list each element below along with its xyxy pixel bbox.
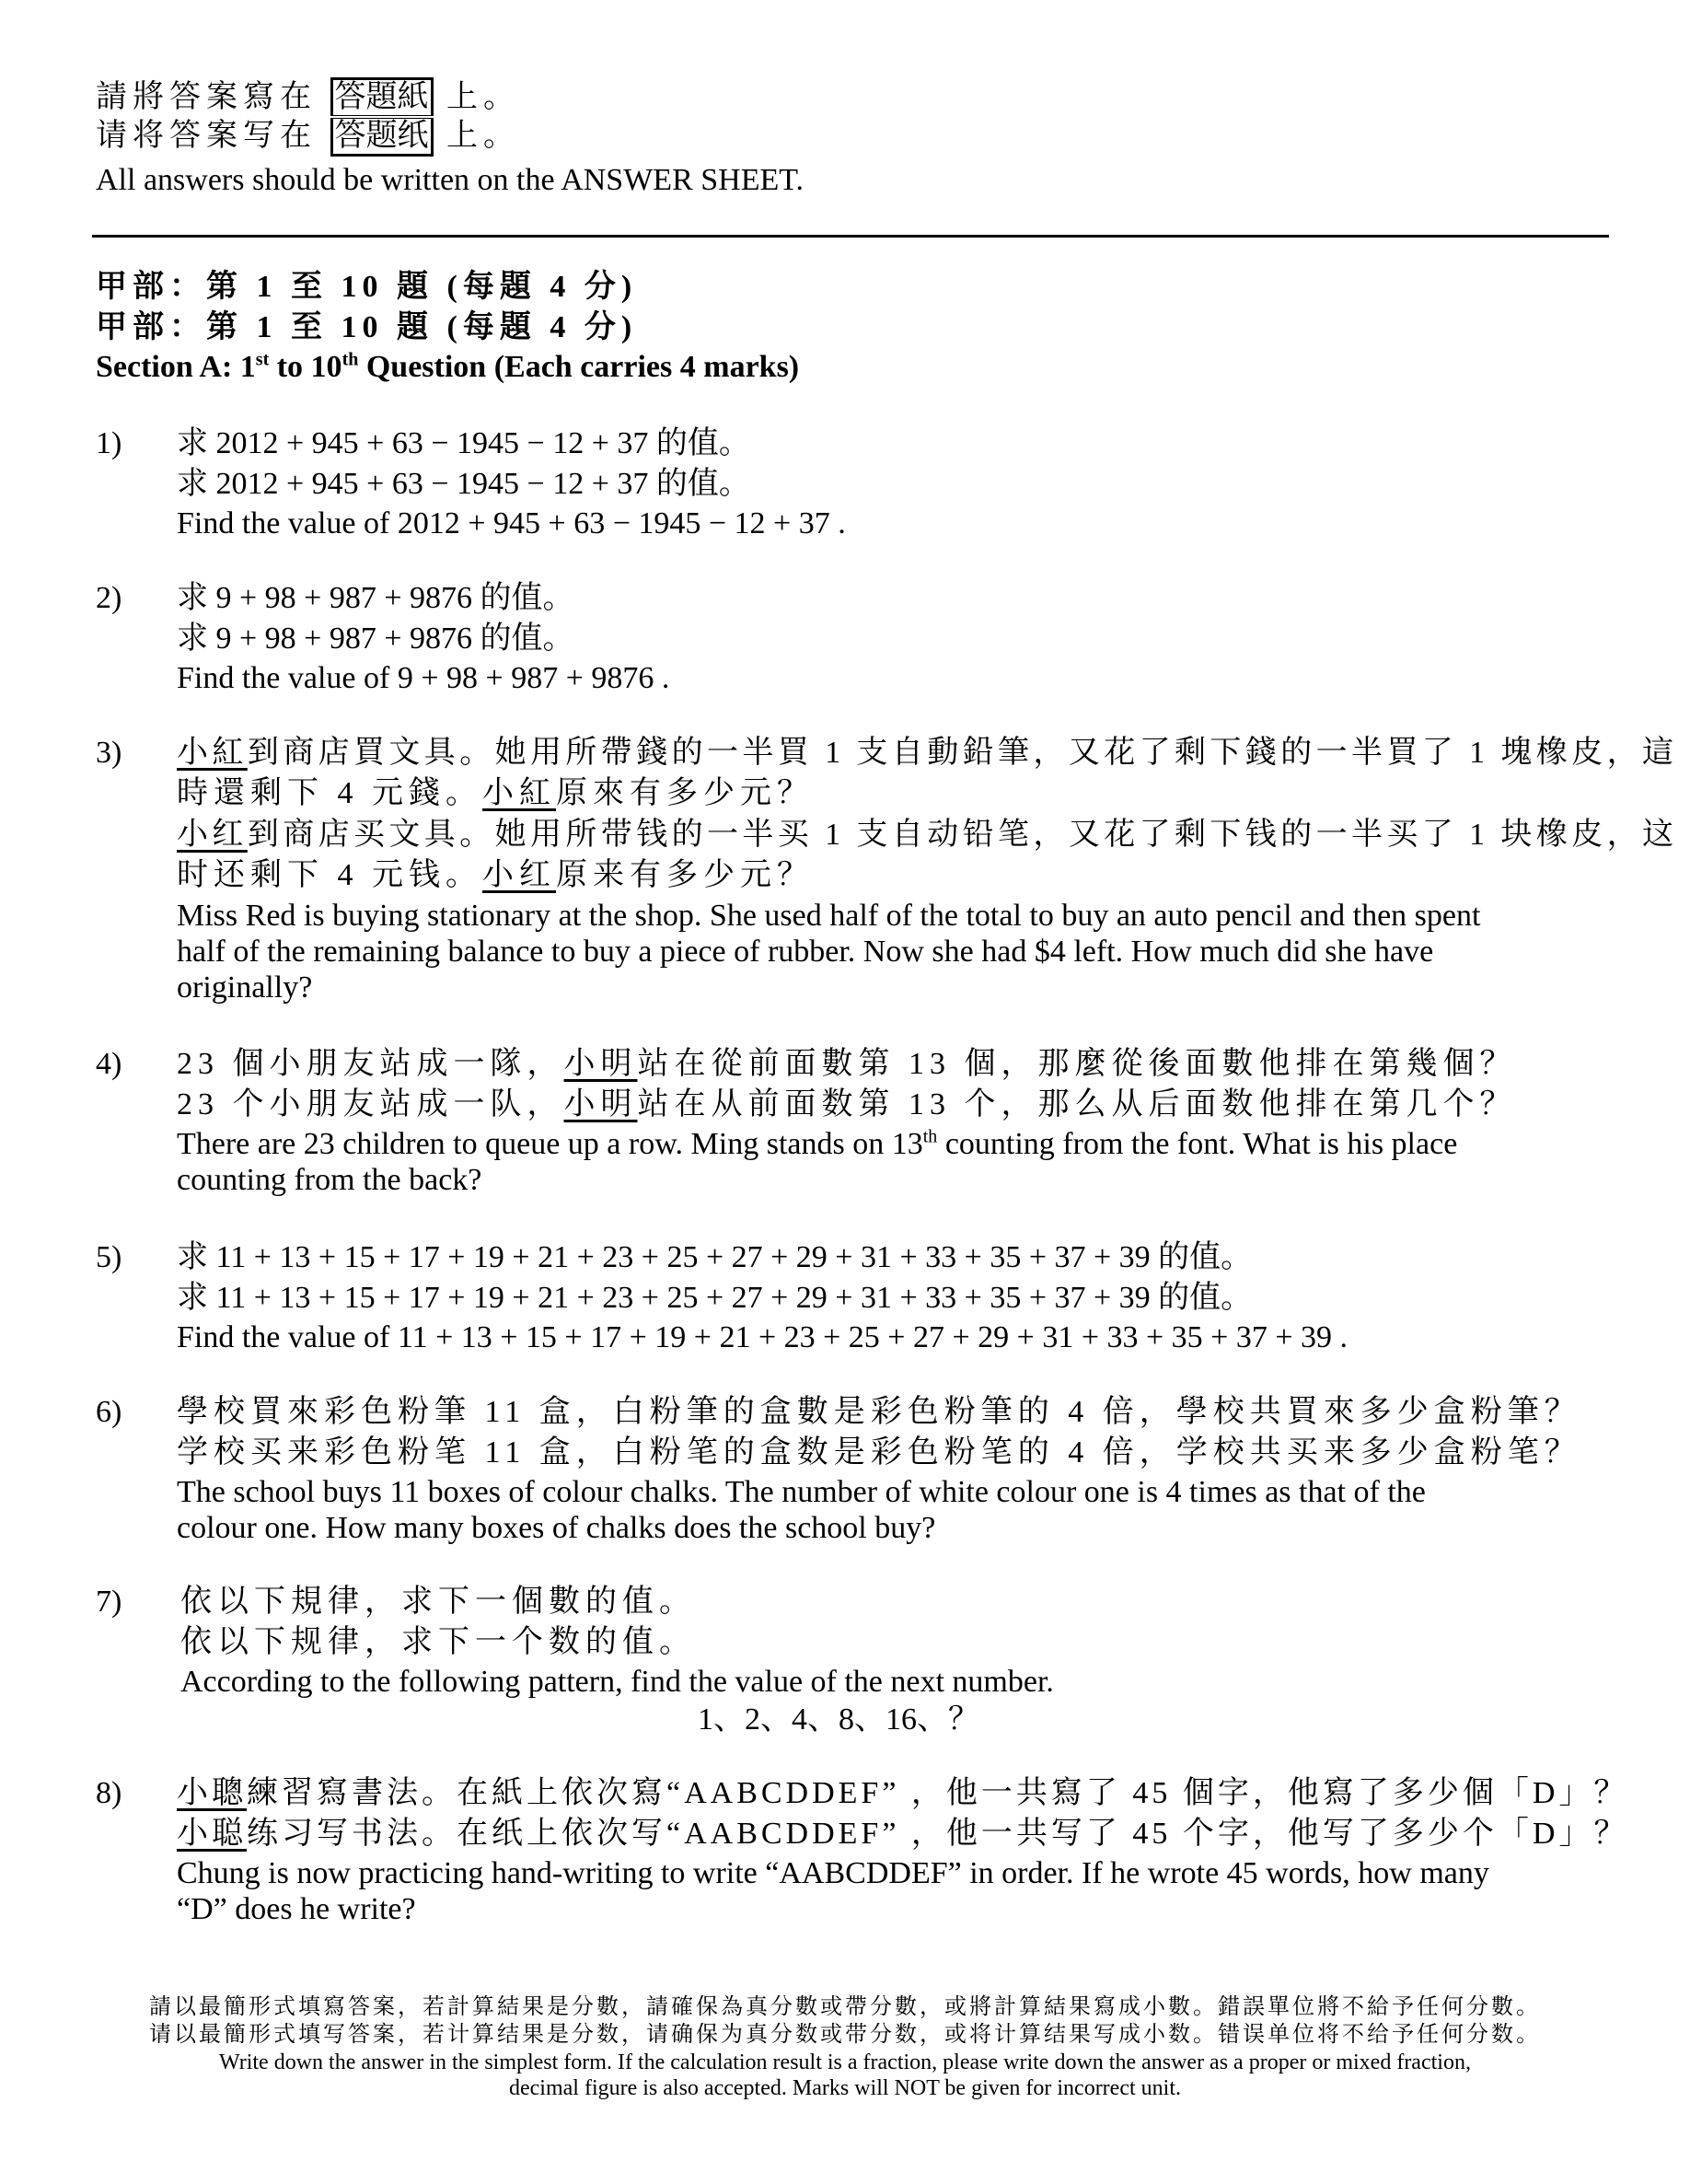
question-1-trad: 求 2012 + 945 + 63 − 1945 − 12 + 37 的值。 bbox=[177, 425, 750, 462]
question-3-simp-line1: 小红到商店买文具。她用所带钱的一半买 1 支自动铅笔，又花了剩下钱的一半买了 1… bbox=[177, 817, 1677, 854]
question-6-en-line1: The school buys 11 boxes of colour chalk… bbox=[177, 1474, 1426, 1511]
question-number: 5) bbox=[96, 1239, 122, 1276]
footer-en-line2: decimal figure is also accepted. Marks w… bbox=[0, 2075, 1690, 2101]
question-3-en-line1: Miss Red is buying stationary at the sho… bbox=[177, 898, 1480, 935]
text: 站在从前面数第 13 个，那么从后面数他排在第几个？ bbox=[638, 1087, 1517, 1121]
question-number: 3) bbox=[96, 735, 122, 772]
question-8-simp: 小聪练习写书法。在纸上依次写“AABCDDEF” ，他一共写了 45 个字，他写… bbox=[177, 1816, 1628, 1853]
name-underlined: 小红 bbox=[482, 858, 556, 892]
footer-en-line1: Write down the answer in the simplest fo… bbox=[0, 2050, 1690, 2075]
text: 練習寫書法。在紙上依次寫“AABCDDEF” ，他一共寫了 45 個字，他寫了多… bbox=[247, 1776, 1628, 1810]
instruction-simp-pre: 请将答案写在 bbox=[96, 119, 317, 153]
question-1-en: Find the value of 2012 + 945 + 63 − 1945… bbox=[177, 505, 846, 542]
footer-simp: 请以最簡形式填写答案，若计算结果是分数，请确保为真分数或带分数，或将计算结果写成… bbox=[0, 2022, 1690, 2048]
footer-trad: 請以最簡形式填寫答案，若計算結果是分數，請確保為真分數或帶分數，或將計算結果寫成… bbox=[0, 1994, 1690, 2020]
question-2-simp: 求 9 + 98 + 987 + 9876 的值。 bbox=[177, 621, 574, 657]
answer-sheet-box-simp: 答题纸 bbox=[330, 118, 434, 157]
text: counting from the font. What is his plac… bbox=[937, 1127, 1457, 1161]
instruction-trad: 請將答案寫在 答題紙 上。 bbox=[96, 77, 520, 116]
text: 练习写书法。在纸上依次写“AABCDDEF” ，他一共写了 45 个字，他写了多… bbox=[247, 1817, 1628, 1851]
question-2-trad: 求 9 + 98 + 987 + 9876 的值。 bbox=[177, 580, 574, 617]
section-title-en-part: to 10 bbox=[269, 350, 341, 384]
name-underlined: 小紅 bbox=[482, 776, 556, 810]
text: 時還剩下 4 元錢。 bbox=[177, 776, 482, 810]
question-7-trad: 依以下規律，求下一個數的值。 bbox=[180, 1584, 696, 1621]
question-4-trad: 23 個小朋友站成一隊，小明站在從前面數第 13 個，那麼從後面數他排在第幾個？ bbox=[177, 1046, 1517, 1083]
section-title-en-part: Question (Each carries 4 marks) bbox=[358, 350, 799, 384]
question-4-en-line1: There are 23 children to queue up a row.… bbox=[177, 1126, 1457, 1163]
question-7-simp: 依以下规律，求下一个数的值。 bbox=[180, 1624, 696, 1661]
name-underlined: 小红 bbox=[177, 818, 248, 852]
question-7-sequence: 1、2、4、8、16、？ bbox=[698, 1702, 979, 1738]
question-3-en-line2: half of the remaining balance to buy a p… bbox=[177, 934, 1433, 970]
question-number: 7) bbox=[96, 1584, 122, 1621]
question-3-en-line3: originally? bbox=[177, 970, 312, 1006]
superscript-th: th bbox=[342, 350, 359, 370]
name-underlined: 小明 bbox=[564, 1047, 638, 1081]
question-4-en-line2: counting from the back? bbox=[177, 1162, 481, 1199]
text: 到商店买文具。她用所带钱的一半买 1 支自动铅笔，又花了剩下钱的一半买了 1 块… bbox=[248, 818, 1678, 852]
instruction-simp: 请将答案写在 答题纸 上。 bbox=[96, 118, 520, 157]
section-title-trad: 甲部：第 1 至 10 題 (每題 4 分) bbox=[96, 269, 637, 306]
question-number: 8) bbox=[96, 1775, 122, 1812]
name-underlined: 小明 bbox=[564, 1087, 638, 1121]
superscript-st: st bbox=[256, 350, 269, 370]
instruction-simp-post: 上。 bbox=[446, 119, 520, 153]
question-8-trad: 小聰練習寫書法。在紙上依次寫“AABCDDEF” ，他一共寫了 45 個字，他寫… bbox=[177, 1775, 1628, 1812]
section-title-en-part: Section A: 1 bbox=[96, 350, 256, 384]
question-4-simp: 23 个小朋友站成一队，小明站在从前面数第 13 个，那么从后面数他排在第几个？ bbox=[177, 1086, 1517, 1123]
section-title-en: Section A: 1st to 10th Question (Each ca… bbox=[96, 349, 799, 386]
instruction-en: All answers should be written on the ANS… bbox=[96, 162, 804, 199]
question-3-simp-line2: 时还剩下 4 元钱。小红原来有多少元？ bbox=[177, 857, 814, 894]
text: 23 個小朋友站成一隊， bbox=[177, 1047, 564, 1081]
name-underlined: 小聰 bbox=[177, 1776, 247, 1810]
question-number: 6) bbox=[96, 1394, 122, 1431]
text: 原来有多少元？ bbox=[556, 858, 814, 892]
divider bbox=[92, 235, 1609, 238]
question-6-trad: 學校買來彩色粉筆 11 盒，白粉筆的盒數是彩色粉筆的 4 倍，學校共買來多少盒粉… bbox=[177, 1394, 1581, 1431]
question-1-simp: 求 2012 + 945 + 63 − 1945 − 12 + 37 的值。 bbox=[177, 466, 750, 503]
question-number: 1) bbox=[96, 425, 122, 462]
question-5-trad: 求 11 + 13 + 15 + 17 + 19 + 21 + 23 + 25 … bbox=[177, 1239, 1252, 1276]
text: 23 个小朋友站成一队， bbox=[177, 1087, 564, 1121]
text: 时还剩下 4 元钱。 bbox=[177, 858, 482, 892]
name-underlined: 小紅 bbox=[177, 736, 248, 770]
question-5-simp: 求 11 + 13 + 15 + 17 + 19 + 21 + 23 + 25 … bbox=[177, 1280, 1252, 1317]
question-2-en: Find the value of 9 + 98 + 987 + 9876 . bbox=[177, 660, 669, 697]
instruction-trad-pre: 請將答案寫在 bbox=[96, 80, 317, 114]
question-3-trad-line1: 小紅到商店買文具。她用所帶錢的一半買 1 支自動鉛筆，又花了剩下錢的一半買了 1… bbox=[177, 735, 1677, 772]
section-title-simp: 甲部：第 1 至 10 題 (每題 4 分) bbox=[96, 309, 637, 346]
text: 原來有多少元？ bbox=[556, 776, 814, 810]
question-6-en-line2: colour one. How many boxes of chalks doe… bbox=[177, 1510, 935, 1547]
name-underlined: 小聪 bbox=[177, 1817, 247, 1851]
instruction-trad-post: 上。 bbox=[446, 80, 520, 114]
question-number: 2) bbox=[96, 580, 122, 617]
question-5-en: Find the value of 11 + 13 + 15 + 17 + 19… bbox=[177, 1319, 1348, 1356]
question-7-en: According to the following pattern, find… bbox=[180, 1664, 1054, 1701]
question-8-en-line2: “D” does he write? bbox=[177, 1891, 416, 1928]
question-3-trad-line2: 時還剩下 4 元錢。小紅原來有多少元？ bbox=[177, 775, 814, 812]
text: 站在從前面數第 13 個，那麼從後面數他排在第幾個？ bbox=[638, 1047, 1517, 1081]
text: There are 23 children to queue up a row.… bbox=[177, 1127, 923, 1161]
superscript-th: th bbox=[923, 1127, 938, 1147]
question-number: 4) bbox=[96, 1046, 122, 1083]
text: 到商店買文具。她用所帶錢的一半買 1 支自動鉛筆，又花了剩下錢的一半買了 1 塊… bbox=[248, 736, 1678, 770]
answer-sheet-box-trad: 答題紙 bbox=[330, 77, 434, 116]
question-6-simp: 学校买来彩色粉笔 11 盒，白粉笔的盒数是彩色粉笔的 4 倍，学校共买来多少盒粉… bbox=[177, 1435, 1581, 1471]
question-8-en-line1: Chung is now practicing hand-writing to … bbox=[177, 1855, 1489, 1892]
